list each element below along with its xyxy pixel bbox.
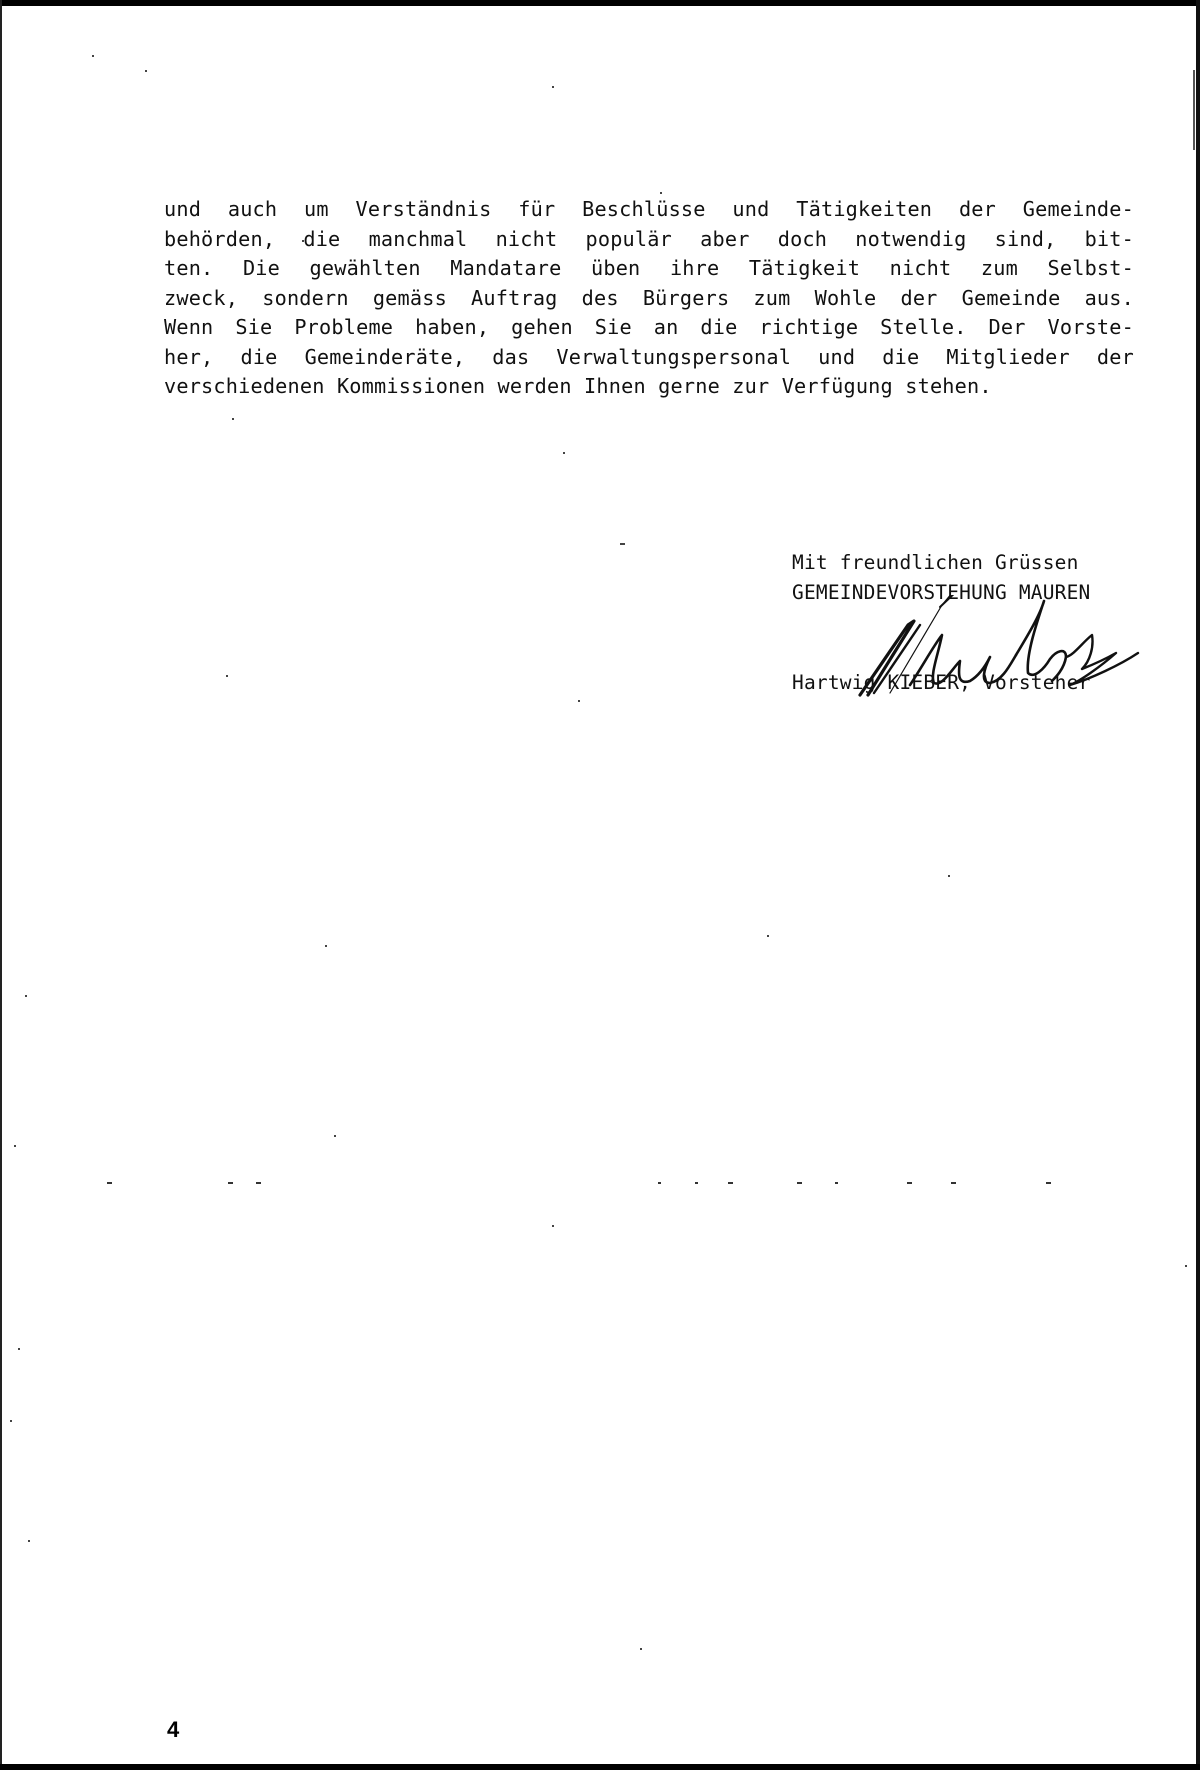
scan-dash: [256, 1182, 261, 1184]
scan-speck: [232, 418, 234, 420]
scan-dash: [695, 1182, 698, 1184]
scan-speck: [302, 240, 304, 242]
scan-edge-right-mark: [1193, 70, 1195, 150]
scan-speck: [563, 452, 565, 454]
scan-speck: [14, 1145, 16, 1147]
scan-edge-bottom: [0, 1764, 1200, 1770]
scan-speck: [620, 543, 625, 545]
scan-speck: [948, 875, 950, 877]
scan-edge-left: [0, 0, 2, 1770]
scan-speck: [145, 70, 147, 72]
scan-speck: [552, 1225, 554, 1227]
scan-speck: [28, 1540, 30, 1542]
scan-speck: [226, 675, 228, 677]
scan-speck: [660, 192, 662, 194]
body-line: Wenn Sie Probleme haben, gehen Sie an di…: [164, 313, 1134, 343]
body-line: behörden, die manchmal nicht populär abe…: [164, 225, 1134, 255]
scan-dash: [907, 1182, 912, 1184]
scan-speck: [92, 55, 94, 57]
letter-body: und auch um Verständnis für Beschlüsse u…: [164, 195, 1134, 402]
scan-speck: [1185, 1265, 1187, 1267]
scan-speck: [640, 1648, 642, 1650]
scan-dash: [1046, 1182, 1051, 1184]
body-line: zweck, sondern gemäss Auftrag des Bürger…: [164, 284, 1134, 314]
body-line: ten. Die gewählten Mandatare üben ihre T…: [164, 254, 1134, 284]
scan-dash: [951, 1182, 956, 1184]
body-line: und auch um Verständnis für Beschlüsse u…: [164, 195, 1134, 225]
scan-dash: [835, 1182, 838, 1184]
scan-speck: [767, 935, 769, 937]
scan-speck: [552, 86, 554, 88]
scan-speck: [578, 700, 580, 702]
scanned-letter-page: und auch um Verständnis für Beschlüsse u…: [0, 0, 1200, 1770]
scan-speck: [10, 1420, 12, 1422]
scan-speck: [25, 995, 27, 997]
scan-speck: [18, 1348, 20, 1350]
scan-edge-top: [0, 0, 1200, 6]
scan-edge-right: [1196, 0, 1200, 1770]
body-line: her, die Gemeinderäte, das Verwaltungspe…: [164, 343, 1134, 373]
page-number: 4: [167, 1717, 179, 1743]
scan-dash: [107, 1182, 112, 1184]
scan-dash: [658, 1182, 661, 1184]
closing-salutation: Mit freundlichen Grüssen: [792, 548, 1137, 578]
handwritten-signature-icon: [830, 595, 1150, 705]
scan-dash: [728, 1182, 733, 1184]
scan-speck: [325, 945, 327, 947]
body-line: verschiedenen Kommissionen werden Ihnen …: [164, 372, 1134, 402]
scan-dash: [228, 1182, 233, 1184]
scan-dash: [797, 1182, 802, 1184]
scan-speck: [334, 1135, 336, 1137]
